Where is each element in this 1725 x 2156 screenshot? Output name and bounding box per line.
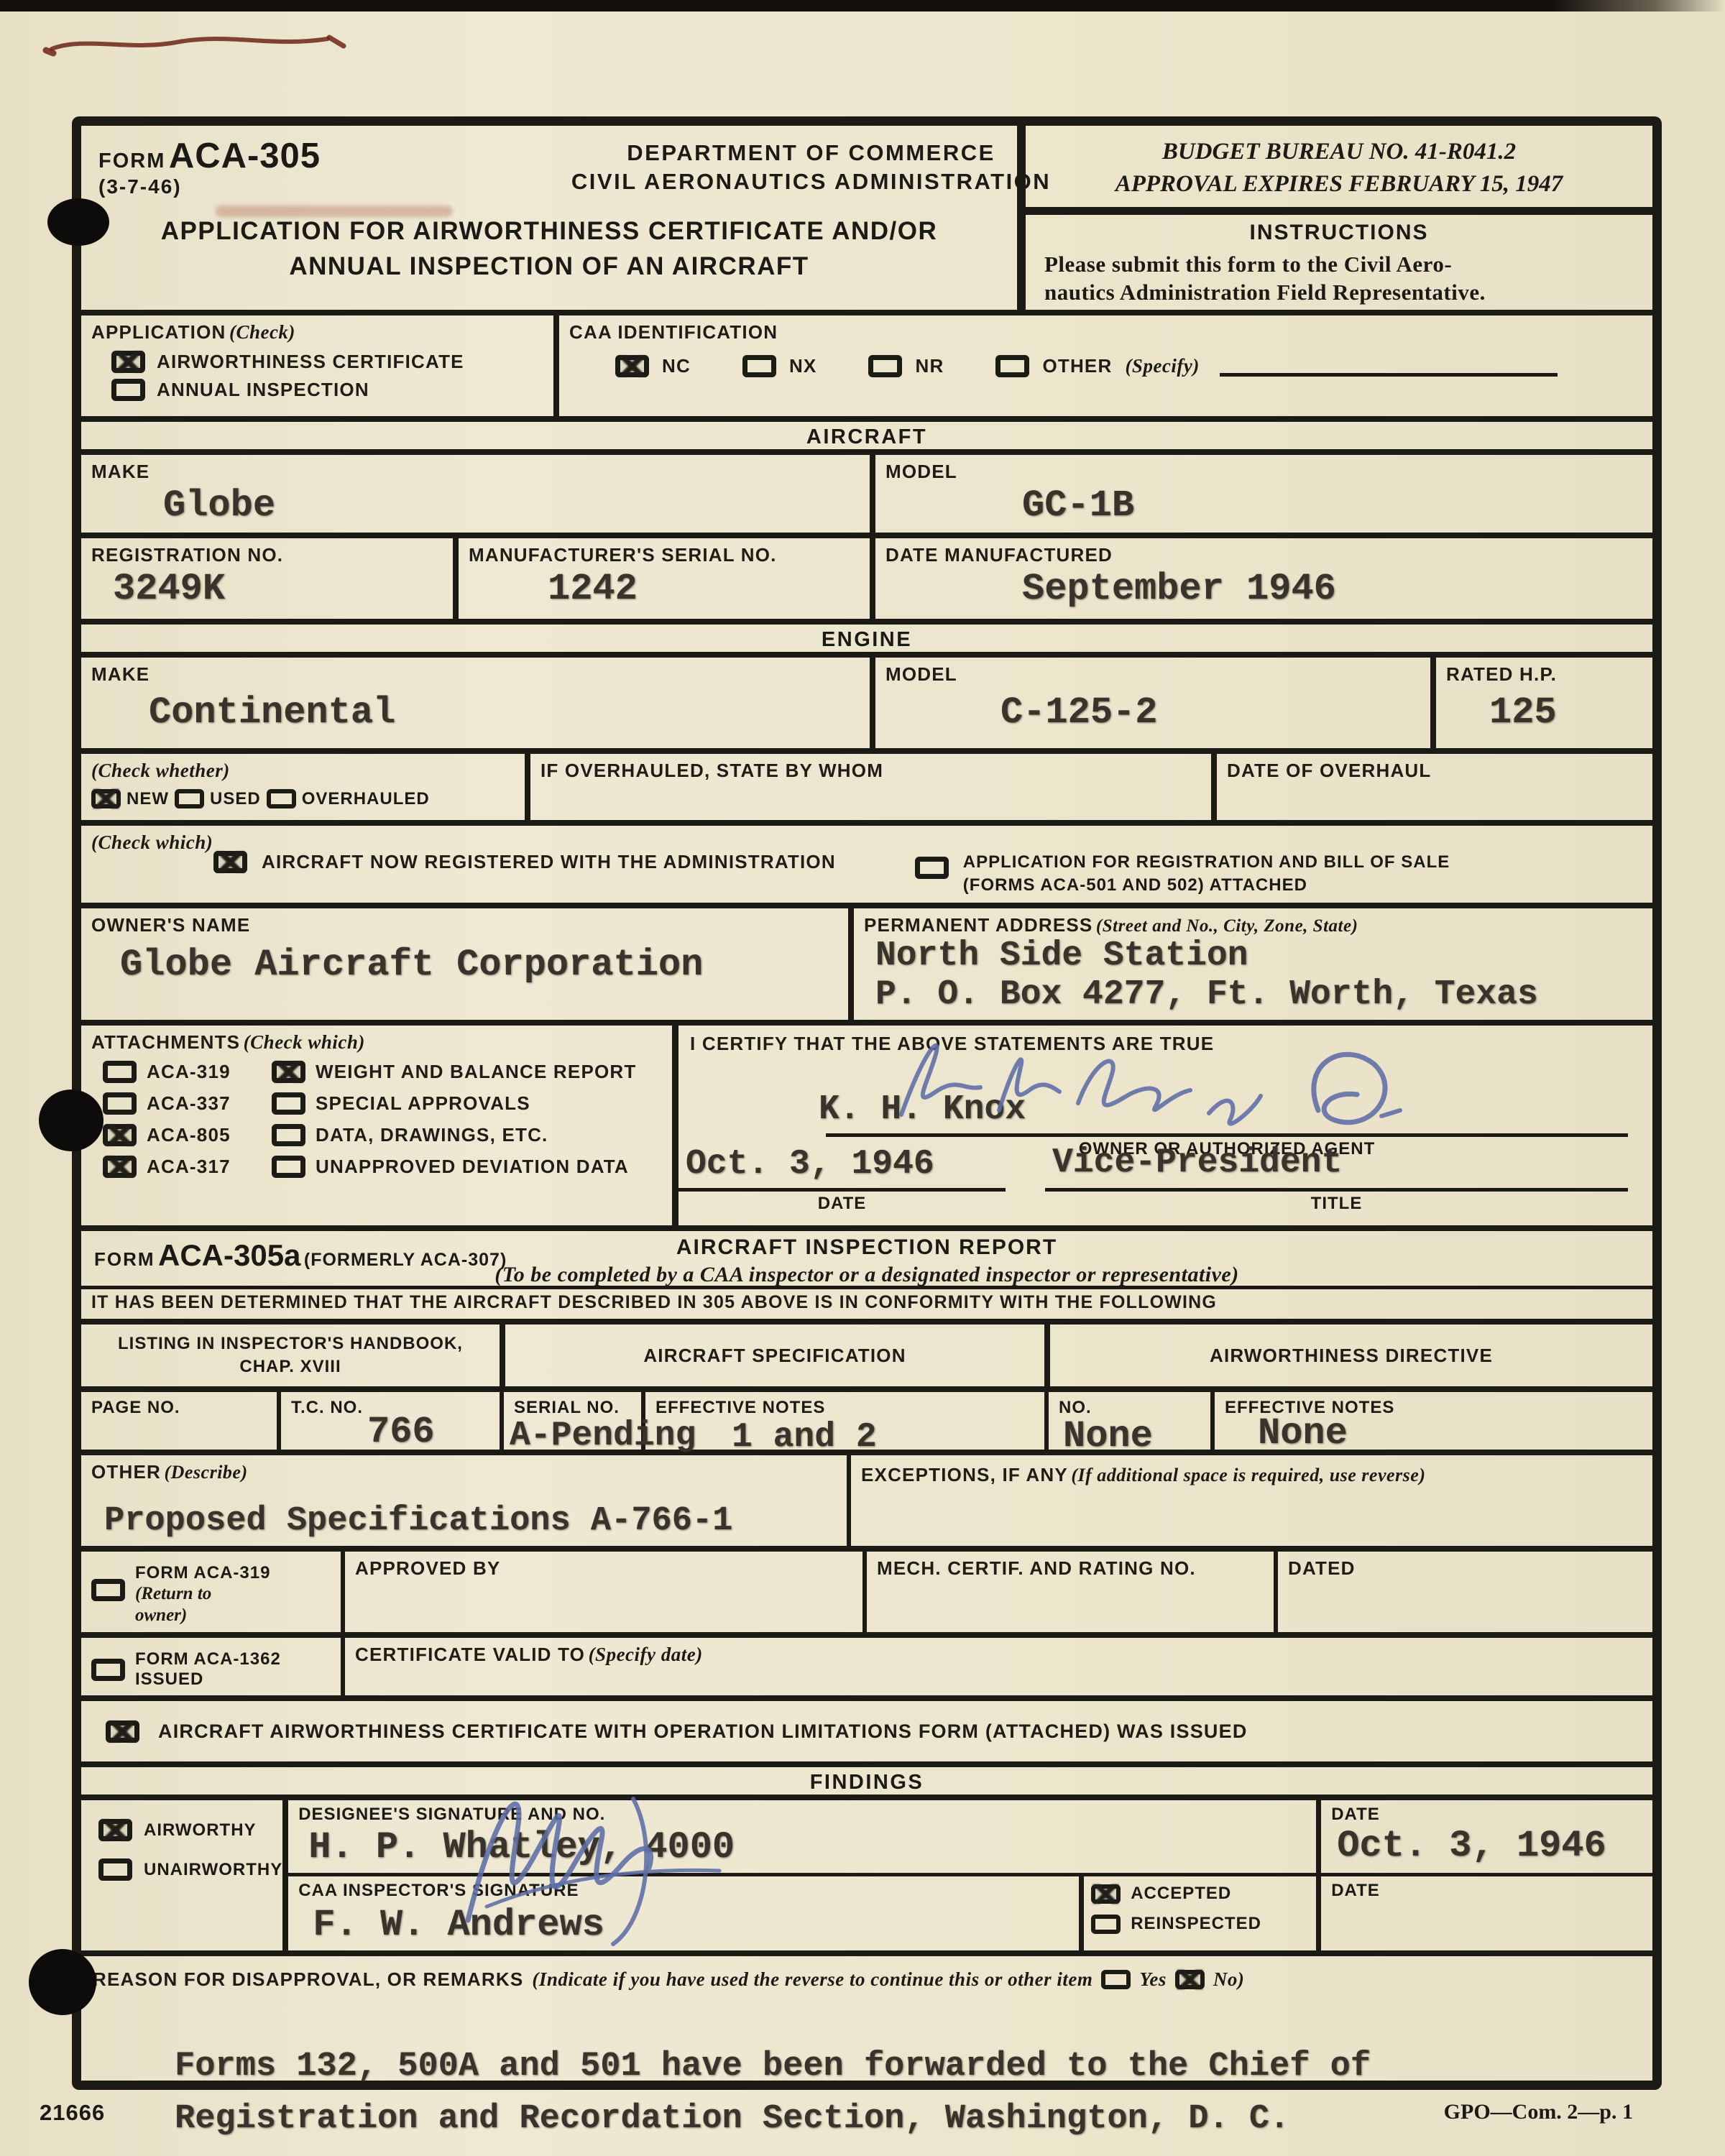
other-describe-cell: OTHER (Describe) Proposed Specifications…: [81, 1455, 847, 1546]
other-specify-blank-line: [1220, 355, 1558, 377]
mech-certif-cell: MECH. CERTIF. AND RATING NO.: [862, 1552, 1274, 1632]
checkbox-reinspected: [1091, 1915, 1121, 1934]
aircraft-section-band: AIRCRAFT: [81, 416, 1652, 449]
engine-make-label: MAKE: [91, 663, 860, 686]
determination-row: IT HAS BEEN DETERMINED THAT THE AIRCRAFT…: [81, 1286, 1652, 1319]
other-describe-value: Proposed Specifications A-766-1: [104, 1502, 837, 1540]
registration-no-cell: REGISTRATION NO. 3249K: [81, 538, 453, 619]
ad-notes-value: None: [1258, 1412, 1348, 1455]
form-aca-319-cell: FORM ACA-319 (Return to owner): [81, 1552, 341, 1632]
red-pen-scribble: [42, 26, 358, 69]
approved-by-cell: APPROVED BY: [341, 1552, 862, 1632]
date-manufactured-cell: DATE MANUFACTURED September 1946: [870, 538, 1652, 619]
ad-no-cell: NO. None: [1044, 1392, 1210, 1450]
mech-certif-label: MECH. CERTIF. AND RATING NO.: [877, 1557, 1264, 1580]
checkbox-overhauled: [267, 789, 296, 808]
instructions-title: INSTRUCTIONS: [1044, 221, 1634, 245]
caa-identification-label: CAA IDENTIFICATION: [569, 321, 1642, 344]
bill-of-sale-label: APPLICATION FOR REGISTRATION AND BILL OF…: [963, 851, 1450, 898]
dated-cell: DATED: [1274, 1552, 1652, 1632]
aca-305-form: FORM ACA-305 (3-7-46) DEPARTMENT OF COMM…: [72, 116, 1662, 2090]
attachments-grid: ACA-319 WEIGHT AND BALANCE REPORT ACA-33…: [103, 1061, 662, 1178]
engine-model-value: C-125-2: [1000, 691, 1420, 734]
spec-serial-value: A-Pending: [510, 1416, 696, 1455]
aircraft-registered-label: AIRCRAFT NOW REGISTERED WITH THE ADMINIS…: [262, 851, 836, 873]
other-describe-italic: (Describe): [164, 1462, 247, 1483]
inspection-report-title: AIRCRAFT INSPECTION REPORT: [81, 1235, 1652, 1260]
dated-label: DATED: [1288, 1557, 1642, 1580]
checkbox-used: [175, 789, 204, 808]
date-of-overhaul-label: DATE OF OVERHAUL: [1227, 760, 1642, 782]
checkbox-aca-805: [103, 1124, 137, 1146]
checkbox-form-aca-319: [91, 1579, 125, 1601]
instructions-text: Please submit this form to the Civil Aer…: [1044, 251, 1634, 307]
checkbox-accepted: [1091, 1884, 1121, 1904]
engine-model-cell: MODEL C-125-2: [870, 658, 1430, 748]
checkbox-unairworthy: [98, 1858, 132, 1881]
spec-notes-label: EFFECTIVE NOTES: [655, 1398, 1034, 1418]
aca-1362-row: FORM ACA-1362 ISSUED CERTIFICATE VALID T…: [81, 1632, 1652, 1695]
date-manufactured-label: DATE MANUFACTURED: [885, 544, 1642, 566]
owner-name-label: OWNER'S NAME: [91, 914, 838, 936]
scan-edge-strip: [0, 0, 1725, 11]
checkbox-data-drawings: [272, 1124, 305, 1146]
certificate-valid-to-italic: (Specify date): [589, 1644, 703, 1665]
attachment-row: ACA-805 DATA, DRAWINGS, ETC.: [103, 1124, 662, 1146]
attachments-certify-row: ATTACHMENTS (Check which) ACA-319 WEIGHT…: [81, 1020, 1652, 1225]
engine-make-model-row: MAKE Continental MODEL C-125-2 RATED H.P…: [81, 652, 1652, 748]
checkbox-form-aca-1362: [91, 1659, 125, 1681]
aircraft-model-value: GC-1B: [1022, 484, 1642, 527]
nr-label: NR: [915, 355, 944, 377]
airworthiness-directive-column-header: AIRWORTHINESS DIRECTIVE: [1044, 1325, 1652, 1386]
aircraft-spec-column-header: AIRCRAFT SPECIFICATION: [500, 1325, 1044, 1386]
title-line-label: TITLE: [1045, 1194, 1628, 1214]
reason-italic: (Indicate if you have used the reverse t…: [532, 1968, 1092, 1991]
form-aca-1362-cell: FORM ACA-1362 ISSUED: [81, 1638, 341, 1695]
application-check-cell: APPLICATION (Check) AIRWORTHINESS CERTIF…: [81, 315, 553, 416]
date-manufactured-value: September 1946: [1022, 568, 1642, 610]
attachments-label: ATTACHMENTS: [91, 1031, 240, 1053]
registration-no-value: 3249K: [113, 568, 443, 610]
form-aca-1362-label: FORM ACA-1362: [135, 1649, 281, 1669]
certify-date-value: Oct. 3, 1946: [686, 1145, 934, 1184]
form-number-block: FORM ACA-305 (3-7-46): [98, 137, 321, 198]
overhauled-label: OVERHAULED: [302, 789, 430, 809]
overhauled-by-whom-label: IF OVERHAULED, STATE BY WHOM: [540, 760, 1201, 782]
check-whether-cell: (Check whether) NEW USED OVERHAULED: [81, 754, 525, 820]
yes-label: Yes: [1139, 1968, 1167, 1991]
make-label: MAKE: [91, 461, 860, 483]
designee-signature-ink: [418, 1759, 820, 1953]
footer-gpo: GPO—Com. 2—p. 1: [1444, 2100, 1633, 2124]
certificate-issued-label: AIRCRAFT AIRWORTHINESS CERTIFICATE WITH …: [158, 1720, 1248, 1743]
serial-no-value: 1242: [548, 568, 860, 610]
application-check-italic: (Check): [229, 321, 295, 343]
tc-no-value: 766: [367, 1411, 435, 1453]
checkbox-special-approvals: [272, 1092, 305, 1115]
accepted-label: ACCEPTED: [1131, 1884, 1231, 1904]
certificate-valid-to-cell: CERTIFICATE VALID TO (Specify date): [341, 1638, 1652, 1695]
engine-make-cell: MAKE Continental: [81, 658, 870, 748]
page-no-label: PAGE NO.: [91, 1398, 267, 1418]
remarks-line2: Registration and Recordation Section, Wa…: [175, 2093, 1371, 2146]
checkbox-bill-of-sale: [915, 857, 949, 879]
registration-status-row: (Check which) AIRCRAFT NOW REGISTERED WI…: [81, 820, 1652, 903]
owner-row: OWNER'S NAME Globe Aircraft Corporation …: [81, 903, 1652, 1020]
budget-bureau-box: BUDGET BUREAU NO. 41-R041.2 APPROVAL EXP…: [1026, 126, 1652, 215]
findings-table: AIRWORTHY UNAIRWORTHY DESIGNEE'S SIGNATU…: [81, 1795, 1652, 1950]
header-right: BUDGET BUREAU NO. 41-R041.2 APPROVAL EXP…: [1017, 126, 1652, 310]
checkbox-unapproved-deviation: [272, 1156, 305, 1178]
spec-serial-cell: SERIAL NO. A-Pending: [500, 1392, 641, 1450]
footer-serial: 21666: [40, 2100, 105, 2126]
checkbox-no: [1175, 1970, 1205, 1989]
caa-date-cell: DATE: [1316, 1876, 1652, 1950]
model-label: MODEL: [885, 461, 1642, 483]
spec-values-row: PAGE NO. T.C. NO. 766 SERIAL NO. A-Pendi…: [81, 1386, 1652, 1450]
inspection-report-subtitle: (To be completed by a CAA inspector or a…: [81, 1263, 1652, 1287]
designee-row: DESIGNEE'S SIGNATURE AND NO. H. P. Whatl…: [288, 1800, 1652, 1873]
punch-hole: [29, 1949, 96, 2015]
page-no-cell: PAGE NO.: [81, 1392, 277, 1450]
checkbox-nc: [615, 355, 649, 377]
spec-notes-cell: EFFECTIVE NOTES 1 and 2: [641, 1392, 1044, 1450]
form-aca-1362-issued-label: ISSUED: [135, 1669, 281, 1690]
rated-hp-label: RATED H.P.: [1446, 663, 1642, 686]
determination-statement: IT HAS BEEN DETERMINED THAT THE AIRCRAFT…: [91, 1292, 1217, 1312]
airworthy-column: AIRWORTHY UNAIRWORTHY: [81, 1800, 282, 1950]
serial-no-cell: MANUFACTURER'S SERIAL NO. 1242: [453, 538, 870, 619]
engine-condition-row: (Check whether) NEW USED OVERHAULED IF O…: [81, 748, 1652, 820]
tc-no-cell: T.C. NO. 766: [277, 1392, 500, 1450]
form-aca-319-label: FORM ACA-319: [135, 1563, 270, 1583]
checkbox-annual-inspection: [111, 379, 145, 401]
checkbox-airworthiness-certificate: [111, 351, 145, 373]
other-label: OTHER: [1042, 355, 1112, 377]
approved-by-label: APPROVED BY: [355, 1557, 852, 1580]
owner-name-value: Globe Aircraft Corporation: [120, 944, 838, 986]
owner-name-cell: OWNER'S NAME Globe Aircraft Corporation: [81, 908, 848, 1020]
department-heading: DEPARTMENT OF COMMERCE CIVIL AERONAUTICS…: [571, 139, 1051, 197]
punch-hole: [47, 198, 109, 246]
permanent-address-label: PERMANENT ADDRESS: [864, 914, 1092, 936]
attachments-cell: ATTACHMENTS (Check which) ACA-319 WEIGHT…: [81, 1026, 672, 1225]
nc-label: NC: [662, 355, 691, 377]
new-label: NEW: [126, 789, 169, 809]
ad-notes-cell: EFFECTIVE NOTES None: [1210, 1392, 1652, 1450]
certificate-issued-row: AIRCRAFT AIRWORTHINESS CERTIFICATE WITH …: [81, 1695, 1652, 1761]
spec-serial-label: SERIAL NO.: [514, 1398, 631, 1418]
aca-319-row: FORM ACA-319 (Return to owner) APPROVED …: [81, 1546, 1652, 1632]
checkbox-yes: [1101, 1970, 1131, 1989]
form-label: FORM: [98, 149, 165, 172]
airworthiness-certificate-label: AIRWORTHINESS CERTIFICATE: [157, 351, 464, 373]
exceptions-italic: (If additional space is required, use re…: [1071, 1465, 1425, 1485]
address-line1: North Side Station: [875, 936, 1642, 975]
registration-no-label: REGISTRATION NO.: [91, 544, 443, 566]
unairworthy-label: UNAIRWORTHY: [144, 1860, 282, 1880]
remarks-area: Forms 132, 500A and 501 have been forwar…: [81, 1995, 1652, 2146]
airworthy-label: AIRWORTHY: [144, 1820, 257, 1841]
address-format-italic: (Street and No., City, Zone, State): [1096, 916, 1358, 936]
findings-date-cell: DATE Oct. 3, 1946: [1316, 1800, 1652, 1873]
annual-inspection-label: ANNUAL INSPECTION: [157, 379, 369, 401]
page-title: APPLICATION FOR AIRWORTHINESS CERTIFICAT…: [81, 213, 1017, 284]
rated-hp-cell: RATED H.P. 125: [1430, 658, 1652, 748]
checkbox-new: [91, 789, 121, 808]
title-signature-line: [1045, 1188, 1628, 1192]
findings-section-title: FINDINGS: [81, 1767, 1652, 1795]
form-date: (3-7-46): [98, 176, 321, 198]
aircraft-registration-row: REGISTRATION NO. 3249K MANUFACTURER'S SE…: [81, 533, 1652, 619]
spec-table-header-row: LISTING IN INSPECTOR'S HANDBOOK, CHAP. X…: [81, 1319, 1652, 1386]
aircraft-model-cell: MODEL GC-1B: [870, 455, 1652, 533]
overhauled-by-whom-cell: IF OVERHAULED, STATE BY WHOM: [525, 754, 1211, 820]
nx-label: NX: [789, 355, 817, 377]
reason-for-disapproval-row: REASON FOR DISAPPROVAL, OR REMARKS (Indi…: [81, 1950, 1652, 1995]
exceptions-label: EXCEPTIONS, IF ANY: [861, 1464, 1068, 1485]
designee-signature-cell: DESIGNEE'S SIGNATURE AND NO. H. P. Whatl…: [288, 1800, 1316, 1873]
date-of-overhaul-cell: DATE OF OVERHAUL: [1211, 754, 1652, 820]
caa-identification-cell: CAA IDENTIFICATION NC NX NR OTHER (Speci…: [553, 315, 1652, 416]
rated-hp-value: 125: [1489, 691, 1642, 734]
aircraft-make-value: Globe: [163, 484, 860, 527]
other-specify-italic: (Specify): [1125, 355, 1199, 377]
date-line-label: DATE: [678, 1194, 1006, 1214]
aircraft-section-title: AIRCRAFT: [81, 422, 1652, 449]
accepted-reinspected-cell: ACCEPTED REINSPECTED: [1079, 1876, 1316, 1950]
checkbox-aircraft-registered: [213, 851, 247, 873]
serial-no-label: MANUFACTURER'S SERIAL NO.: [469, 544, 860, 566]
permanent-address-cell: PERMANENT ADDRESS (Street and No., City,…: [848, 908, 1652, 1020]
handbook-column-header: LISTING IN INSPECTOR'S HANDBOOK, CHAP. X…: [81, 1325, 500, 1386]
aircraft-make-model-row: MAKE Globe MODEL GC-1B: [81, 449, 1652, 533]
punch-hole: [39, 1089, 103, 1151]
header-left: FORM ACA-305 (3-7-46) DEPARTMENT OF COMM…: [81, 126, 1017, 310]
other-exceptions-row: OTHER (Describe) Proposed Specifications…: [81, 1450, 1652, 1546]
form-header: FORM ACA-305 (3-7-46) DEPARTMENT OF COMM…: [81, 126, 1652, 310]
certificate-valid-to-label: CERTIFICATE VALID TO: [355, 1644, 585, 1665]
engine-make-value: Continental: [149, 691, 860, 734]
caa-date-label: DATE: [1331, 1881, 1642, 1901]
certify-title-value: Vice-President: [1052, 1143, 1342, 1182]
exceptions-cell: EXCEPTIONS, IF ANY (If additional space …: [847, 1455, 1652, 1546]
owner-signature-ink: [858, 1023, 1419, 1145]
engine-model-label: MODEL: [885, 663, 1420, 686]
instructions-box: INSTRUCTIONS Please submit this form to …: [1026, 215, 1652, 310]
checkbox-aca-319: [103, 1061, 137, 1083]
attachments-check-italic: (Check which): [244, 1031, 365, 1053]
address-line2: P. O. Box 4277, Ft. Worth, Texas: [875, 975, 1642, 1014]
application-row: APPLICATION (Check) AIRWORTHINESS CERTIF…: [81, 310, 1652, 416]
attachment-row: ACA-317 UNAPPROVED DEVIATION DATA: [103, 1156, 662, 1178]
findings-date-value: Oct. 3, 1946: [1337, 1825, 1642, 1867]
checkbox-aca-317: [103, 1156, 137, 1178]
engine-section-band: ENGINE: [81, 619, 1652, 652]
application-label: APPLICATION: [91, 321, 226, 343]
findings-section-band: FINDINGS: [81, 1761, 1652, 1795]
checkbox-airworthy: [98, 1819, 132, 1841]
certification-cell: I CERTIFY THAT THE ABOVE STATEMENTS ARE …: [672, 1026, 1652, 1225]
used-label: USED: [210, 789, 261, 809]
checkbox-weight-balance: [272, 1061, 305, 1083]
aircraft-make-cell: MAKE Globe: [81, 455, 870, 533]
form-number: ACA-305: [169, 137, 321, 175]
inspection-report-header: FORM ACA-305a (FORMERLY ACA-307) AIRCRAF…: [81, 1225, 1652, 1286]
attachment-row: ACA-337 SPECIAL APPROVALS: [103, 1092, 662, 1115]
date-signature-line: [678, 1188, 1006, 1192]
attachment-row: ACA-319 WEIGHT AND BALANCE REPORT: [103, 1061, 662, 1083]
check-whether-italic: (Check whether): [91, 760, 515, 782]
no-label: No): [1213, 1968, 1245, 1991]
engine-section-title: ENGINE: [81, 625, 1652, 652]
reinspected-label: REINSPECTED: [1131, 1914, 1261, 1934]
findings-date-label: DATE: [1331, 1805, 1642, 1825]
remarks-line1: Forms 132, 500A and 501 have been forwar…: [175, 2041, 1371, 2093]
spec-notes-value: 1 and 2: [732, 1418, 877, 1457]
checkbox-nr: [868, 355, 902, 377]
other-describe-label: OTHER: [91, 1461, 161, 1483]
checkbox-other: [995, 355, 1029, 377]
ad-no-value: None: [1063, 1415, 1153, 1457]
reason-label: REASON FOR DISAPPROVAL, OR REMARKS: [93, 1968, 523, 1991]
checkbox-certificate-issued: [106, 1720, 139, 1743]
checkbox-aca-337: [103, 1092, 137, 1115]
check-which-cell: (Check which) AIRCRAFT NOW REGISTERED WI…: [81, 826, 1652, 903]
checkbox-nx: [742, 355, 776, 377]
